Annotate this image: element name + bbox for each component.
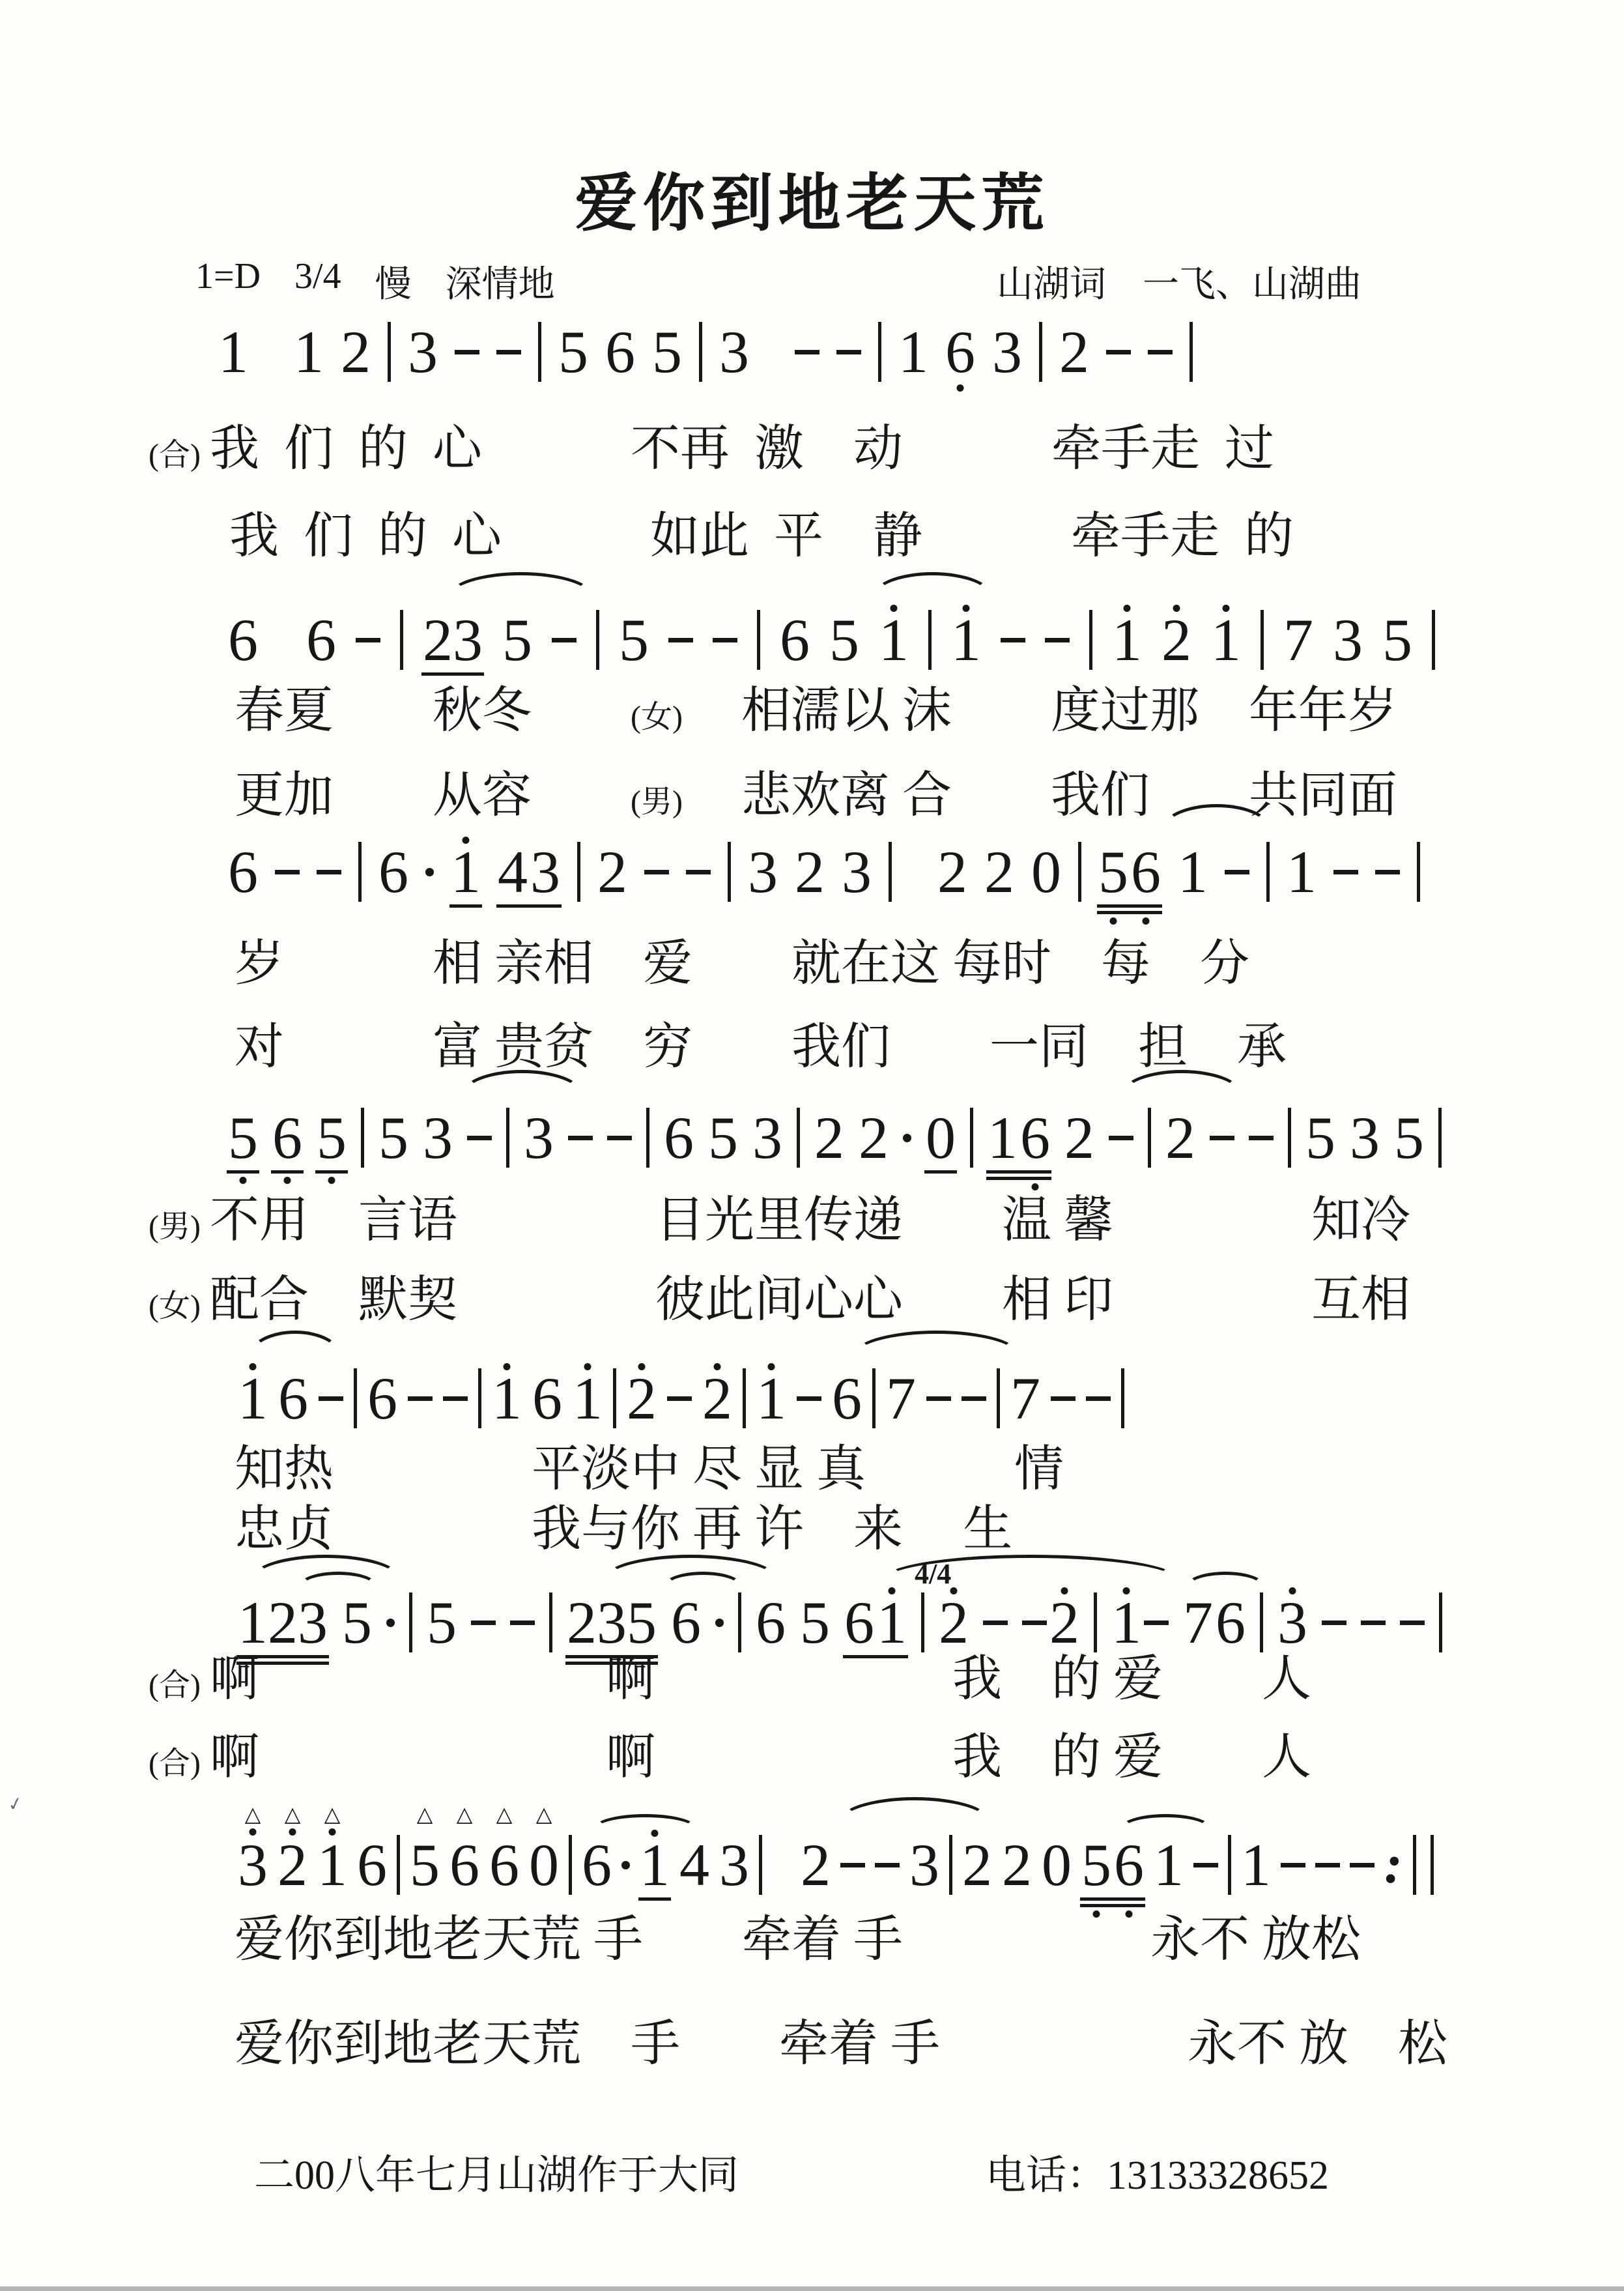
time-signature: 3/4 bbox=[294, 255, 341, 308]
note-digit: 2 bbox=[341, 322, 371, 382]
barline bbox=[613, 1368, 616, 1428]
dash-extension bbox=[1350, 1863, 1375, 1867]
note: 6△ bbox=[449, 1835, 479, 1895]
beam-underline bbox=[986, 1170, 1019, 1174]
slur-arc bbox=[447, 572, 595, 623]
note-digit: 3 bbox=[992, 322, 1022, 382]
dash-extension bbox=[1375, 870, 1400, 874]
beam-underline bbox=[315, 1170, 348, 1174]
note-digit: 0 bbox=[1042, 1835, 1072, 1895]
note-digit: 6 bbox=[367, 1368, 397, 1428]
accent-triangle-icon: △ bbox=[417, 1804, 433, 1824]
note: 3 bbox=[1277, 1592, 1307, 1652]
note: 1 bbox=[1211, 610, 1241, 670]
note-digit: 1 bbox=[1287, 842, 1317, 902]
note: 3 bbox=[719, 322, 749, 382]
lyric-line: 我 们 的 心 如此 平 静 牵手走 的 bbox=[229, 508, 1294, 565]
barline bbox=[1266, 842, 1270, 902]
note-digit: 6 bbox=[272, 1108, 302, 1168]
barline bbox=[397, 1835, 400, 1895]
slur-arc bbox=[1120, 1070, 1244, 1121]
barline bbox=[1121, 1368, 1124, 1428]
barline bbox=[361, 1108, 364, 1168]
octave-dot-above bbox=[289, 1828, 296, 1836]
octave-dot-below bbox=[328, 1177, 335, 1184]
end-repeat-barline: : bbox=[1384, 1835, 1448, 1895]
score-footer: 二00八年七月山湖作于大同 电话：13133328652 bbox=[254, 2142, 1329, 2200]
note: 5 bbox=[427, 1592, 457, 1652]
lyric-line: 春夏 秋冬 (女) 相濡以 沫 度过那 年年岁 bbox=[235, 683, 1397, 740]
beam-underline bbox=[1080, 1904, 1113, 1907]
note: 2 bbox=[627, 1368, 657, 1428]
note-digit: 2 bbox=[795, 842, 825, 902]
note: 6 bbox=[832, 1368, 862, 1428]
octave-dot-above bbox=[504, 1363, 511, 1370]
barline bbox=[1413, 1835, 1416, 1895]
lyric-text: 爱你到地老天荒 手 牵着 手 永不 放 松 bbox=[235, 2017, 1447, 2071]
note-digit: 2 bbox=[1059, 322, 1089, 382]
beam-underline bbox=[986, 1177, 1019, 1180]
note-digit: 7 bbox=[1183, 1592, 1213, 1652]
dash-extension bbox=[797, 1396, 821, 1401]
note: 23 bbox=[423, 610, 483, 670]
lyric-line: (合)我 们 的 心 不再 激 动 牵手走 过 bbox=[149, 421, 1274, 478]
lyric-text: 悲欢离 合 我们 共同面 bbox=[692, 768, 1397, 823]
dash-extension bbox=[1106, 350, 1131, 354]
note-digit: 1 bbox=[317, 1835, 347, 1895]
dash-extension bbox=[319, 1396, 343, 1401]
dash-extension bbox=[471, 1621, 496, 1625]
dash-extension bbox=[510, 1621, 535, 1625]
slur-arc bbox=[872, 572, 994, 623]
note-digit: 5 bbox=[1081, 1835, 1111, 1895]
note-digit: 1 bbox=[756, 1368, 786, 1428]
dash-extension bbox=[1400, 1621, 1425, 1625]
beam-underline bbox=[1130, 911, 1162, 914]
barline bbox=[400, 610, 403, 670]
lyric-line: 爱你到地老天荒 手 牵着 手 永不 放松 bbox=[235, 1912, 1361, 1968]
barline bbox=[878, 322, 881, 382]
note-digit: 2 bbox=[814, 1108, 844, 1168]
note: 6 bbox=[945, 322, 975, 382]
octave-dot-above bbox=[1124, 605, 1131, 612]
voice-tag: (女) bbox=[631, 700, 683, 734]
lyric-line: (男)不用 言语 目光里传递 温 馨 知冷 bbox=[149, 1192, 1410, 1249]
note-digit: 1 bbox=[877, 1592, 907, 1652]
note: 6 bbox=[532, 1368, 562, 1428]
dash-extension bbox=[1148, 350, 1173, 354]
slur-arc bbox=[881, 1555, 1180, 1606]
note-digit: 3 bbox=[1277, 1592, 1307, 1652]
slur-arc bbox=[461, 1070, 584, 1121]
note: 3 bbox=[748, 842, 778, 902]
note: 2 bbox=[859, 1108, 889, 1168]
barline bbox=[1089, 610, 1092, 670]
voice-tag: (合) bbox=[149, 1746, 201, 1781]
note-digit: 5 bbox=[317, 1108, 347, 1168]
note: 5 bbox=[800, 1592, 830, 1652]
dash-extension bbox=[962, 1396, 986, 1401]
note: 3 bbox=[752, 1108, 782, 1168]
note-digit: 0 bbox=[926, 1108, 956, 1168]
lyric-line: (女)配合 默契 彼此间心心 相 印 互相 bbox=[149, 1272, 1410, 1329]
barline bbox=[1228, 1835, 1231, 1895]
dash-extension bbox=[983, 1621, 1008, 1625]
lyric-text: 对 富 贵贫 穷 我们 一同 担 承 bbox=[235, 1020, 1287, 1074]
note: 5 bbox=[558, 322, 588, 382]
note-digit: 3 bbox=[719, 1835, 749, 1895]
note: 6 bbox=[844, 1592, 874, 1652]
octave-dot-below bbox=[1110, 917, 1117, 925]
note: 2△ bbox=[278, 1835, 307, 1895]
note: 2 bbox=[814, 1108, 844, 1168]
lyric-text: 岁 相 亲相 爱 就在这 每时 每 分 bbox=[235, 936, 1249, 991]
note-digit: 6 bbox=[357, 1835, 387, 1895]
lyric-text: 我 们 的 心 如此 平 静 牵手走 的 bbox=[229, 509, 1294, 564]
notation-line: 166161221677 bbox=[238, 1364, 1316, 1432]
score-header: 1=D3/4慢深情地 山湖词 一飞、山湖曲 bbox=[195, 255, 1361, 308]
note-digit: 5 bbox=[619, 610, 649, 670]
note-digit: 2 bbox=[627, 1368, 657, 1428]
dash-extension bbox=[644, 870, 669, 874]
note: 1 bbox=[756, 1368, 786, 1428]
accent-triangle-icon: △ bbox=[324, 1804, 341, 1824]
slur-arc bbox=[1161, 804, 1272, 855]
beam-underline bbox=[1113, 1897, 1145, 1901]
beam-underline bbox=[1019, 1177, 1051, 1180]
octave-dot-above bbox=[1289, 1587, 1296, 1594]
note: 3 bbox=[992, 322, 1022, 382]
dash-extension bbox=[1361, 1621, 1386, 1625]
barline bbox=[1288, 1108, 1291, 1168]
barline bbox=[1438, 1108, 1442, 1168]
dotted-note-dot bbox=[425, 868, 434, 876]
repeat-colon: : bbox=[1384, 1837, 1403, 1892]
octave-dot-above bbox=[584, 1363, 591, 1370]
dash-extension bbox=[667, 1396, 692, 1401]
lyric-text: 更加 从容 bbox=[235, 768, 631, 823]
dash-extension bbox=[926, 1396, 951, 1401]
note-digit: 5 bbox=[652, 322, 682, 382]
note: 6 bbox=[1131, 842, 1161, 902]
barline bbox=[872, 1368, 876, 1428]
note-digit: 6 bbox=[228, 842, 258, 902]
barline bbox=[549, 1592, 552, 1652]
composer-credit: 山湖词 一飞、山湖曲 bbox=[997, 255, 1361, 308]
barline bbox=[409, 1592, 412, 1652]
barline bbox=[797, 1108, 800, 1168]
notation-line: 3△2△1△65△6△6△0△6143232205611: bbox=[238, 1831, 1462, 1899]
dash-extension bbox=[1225, 870, 1249, 874]
dash-extension bbox=[1281, 1863, 1305, 1867]
barline bbox=[1439, 1592, 1442, 1652]
song-title: 爱你到地老天荒 bbox=[0, 154, 1624, 243]
slur-arc bbox=[298, 1572, 378, 1602]
note: 2 bbox=[937, 842, 967, 902]
note: 6△ bbox=[489, 1835, 519, 1895]
note: 5 bbox=[652, 322, 682, 382]
note: 5 bbox=[1394, 1108, 1424, 1168]
note-digit: 4 bbox=[679, 1835, 709, 1895]
lyric-text: 啊 啊 我 的 爱 人 bbox=[210, 1730, 1311, 1785]
note: 3 bbox=[408, 322, 438, 382]
dash-extension bbox=[275, 870, 300, 874]
note: 6 bbox=[367, 1368, 397, 1428]
dash-extension bbox=[496, 350, 521, 354]
octave-dot-below bbox=[1143, 917, 1150, 925]
note-digit: 5 bbox=[1305, 1108, 1335, 1168]
note-digit: 3 bbox=[423, 1108, 453, 1168]
note-digit: 7 bbox=[1010, 1368, 1040, 1428]
note-digit: 3 bbox=[1333, 610, 1363, 670]
note: 1 bbox=[1287, 842, 1317, 902]
barline bbox=[743, 1368, 746, 1428]
dash-extension bbox=[1001, 638, 1025, 642]
beam-underline bbox=[271, 1170, 304, 1174]
notation-line: 5655336532201622535 bbox=[228, 1104, 1521, 1172]
dotted-note-dot bbox=[903, 1134, 911, 1142]
note: 7 bbox=[1283, 610, 1313, 670]
note-digit: 2 bbox=[1161, 610, 1191, 670]
pencil-tick-artifact: ✓ bbox=[6, 1792, 25, 1817]
note-digit: 5 bbox=[829, 610, 859, 670]
slur-arc bbox=[593, 1814, 697, 1844]
expression-marking: 深情地 bbox=[446, 255, 555, 308]
note: 2 bbox=[1161, 610, 1191, 670]
beam-underline bbox=[529, 904, 562, 908]
dash-extension bbox=[317, 870, 341, 874]
beam-underline bbox=[421, 672, 484, 676]
note-digit: 1 bbox=[1211, 610, 1241, 670]
dash-extension bbox=[467, 1136, 492, 1140]
barline bbox=[577, 842, 580, 902]
note-digit: 6 bbox=[489, 1835, 519, 1895]
note: 1 bbox=[238, 1368, 268, 1428]
note: 6 bbox=[378, 842, 408, 902]
note-digit: 2 bbox=[1002, 1835, 1032, 1895]
lyric-text: 不用 言语 目光里传递 温 馨 知冷 bbox=[210, 1193, 1410, 1248]
note-digit: 1 bbox=[898, 322, 928, 382]
dash-extension bbox=[568, 1136, 593, 1140]
note-digit: 6 bbox=[378, 842, 408, 902]
note: 1 bbox=[1112, 610, 1142, 670]
beam-underline bbox=[1097, 911, 1130, 914]
lyric-text: 爱你到地老天荒 手 牵着 手 永不 放松 bbox=[235, 1912, 1361, 1967]
barline bbox=[759, 1835, 762, 1895]
note: 6 bbox=[357, 1835, 387, 1895]
note: 5 bbox=[829, 610, 859, 670]
note: 0 bbox=[926, 1108, 956, 1168]
beam-underline bbox=[227, 1170, 259, 1174]
slur-arc bbox=[1120, 1814, 1212, 1844]
barline bbox=[1261, 610, 1264, 670]
note-digit: 3 bbox=[842, 842, 872, 902]
note-digit: 2 bbox=[801, 1835, 831, 1895]
octave-dot-above bbox=[638, 1363, 646, 1370]
note-digit: 5 bbox=[427, 1592, 457, 1652]
dash-extension bbox=[1109, 1136, 1133, 1140]
note-digit: 5 bbox=[1098, 842, 1128, 902]
dash-extension bbox=[455, 350, 479, 354]
barline bbox=[478, 1368, 481, 1428]
beam-underline bbox=[638, 1897, 671, 1901]
beam-underline bbox=[496, 904, 529, 908]
dash-extension bbox=[1193, 1863, 1218, 1867]
dash-extension bbox=[795, 350, 819, 354]
dotted-note-dot bbox=[621, 1861, 630, 1869]
barline bbox=[1431, 1835, 1434, 1895]
tempo-marking: 慢 bbox=[375, 255, 412, 308]
note: 3 bbox=[842, 842, 872, 902]
note: 1 bbox=[218, 322, 248, 382]
note-digit: 6 bbox=[780, 610, 810, 670]
beam-underline bbox=[924, 1170, 957, 1174]
beam-underline bbox=[1097, 904, 1130, 908]
barline bbox=[354, 1368, 357, 1428]
note: 6 bbox=[272, 1108, 302, 1168]
note: 7 bbox=[1183, 1592, 1213, 1652]
note-digit: 3 bbox=[408, 322, 438, 382]
note: 1 bbox=[294, 322, 324, 382]
note-digit: 6 bbox=[605, 322, 635, 382]
note-digit: 6 bbox=[449, 1835, 479, 1895]
accent-triangle-icon: △ bbox=[496, 1804, 513, 1824]
note: 6 bbox=[228, 610, 258, 670]
note-digit: 6 bbox=[832, 1368, 862, 1428]
dash-extension bbox=[840, 1863, 865, 1867]
note: 5 bbox=[1081, 1835, 1111, 1895]
lyric-line: (合)啊 啊 我 的 爱 人 bbox=[149, 1729, 1311, 1786]
slur-arc bbox=[249, 1331, 341, 1381]
dash-extension bbox=[1333, 870, 1358, 874]
dash-extension bbox=[443, 1396, 468, 1401]
notation-line: 6623556511121735 bbox=[228, 606, 1515, 674]
note: 1 bbox=[1111, 1592, 1141, 1652]
dash-extension bbox=[836, 350, 861, 354]
note-digit: 3 bbox=[752, 1108, 782, 1168]
note: 2 bbox=[795, 842, 825, 902]
note: 4 bbox=[498, 842, 528, 902]
dash-extension bbox=[552, 638, 577, 642]
note: 6 bbox=[1020, 1108, 1050, 1168]
dash-extension bbox=[1210, 1136, 1234, 1140]
note: 5 bbox=[228, 1108, 258, 1168]
octave-dot-above bbox=[329, 1828, 336, 1836]
note: 6 bbox=[1114, 1835, 1144, 1895]
accent-triangle-icon: △ bbox=[245, 1804, 261, 1824]
notation-line: 6614323232205611 bbox=[228, 838, 1524, 906]
dash-extension bbox=[686, 870, 711, 874]
note-digit: 6 bbox=[1020, 1108, 1050, 1168]
phone-number: 电话：13133328652 bbox=[986, 2142, 1329, 2200]
note-digit: 6 bbox=[664, 1108, 694, 1168]
note-digit: 6 bbox=[756, 1592, 786, 1652]
barline bbox=[569, 1835, 572, 1895]
slur-arc bbox=[1186, 1572, 1265, 1602]
note-digit: 1 bbox=[294, 322, 324, 382]
barline bbox=[728, 842, 731, 902]
lyric-line: 爱你到地老天荒 手 牵着 手 永不 放 松 bbox=[235, 2016, 1447, 2073]
note-digit: 2 bbox=[278, 1835, 307, 1895]
note: 3△ bbox=[238, 1835, 268, 1895]
lyric-line: 知热 平淡中 尽 显 真 情 bbox=[235, 1441, 1064, 1498]
note-digit: 5 bbox=[1382, 610, 1412, 670]
octave-dot-above bbox=[1173, 605, 1180, 612]
beam-underline bbox=[1130, 904, 1162, 908]
note: 2 bbox=[1002, 1835, 1032, 1895]
voice-tag: (合) bbox=[149, 438, 201, 472]
note-digit: 1 bbox=[988, 1108, 1018, 1168]
note-digit: 6 bbox=[844, 1592, 874, 1652]
note-digit: 1 bbox=[218, 322, 248, 382]
note: 2 bbox=[597, 842, 627, 902]
lyric-line: 岁 相 亲相 爱 就在这 每时 每 分 bbox=[235, 936, 1249, 992]
key-signature: 1=D bbox=[195, 255, 261, 308]
barline bbox=[889, 842, 892, 902]
note-digit: 5 bbox=[800, 1592, 830, 1652]
beam-underline bbox=[449, 904, 482, 908]
note-digit: 6 bbox=[228, 610, 258, 670]
accent-triangle-icon: △ bbox=[285, 1804, 301, 1824]
note: 2 bbox=[984, 842, 1014, 902]
note-digit: 5 bbox=[378, 1108, 408, 1168]
dash-extension bbox=[668, 638, 693, 642]
note-digit: 23 bbox=[423, 610, 483, 670]
note: 1 bbox=[988, 1108, 1018, 1168]
note-digit: 5 bbox=[410, 1835, 440, 1895]
barline bbox=[358, 842, 362, 902]
barline bbox=[1432, 610, 1435, 670]
lyric-text: 我 们 的 心 不再 激 动 牵手走 过 bbox=[210, 422, 1274, 476]
barline bbox=[388, 322, 391, 382]
note: 2 bbox=[1059, 322, 1089, 382]
barline bbox=[596, 610, 599, 670]
note: 5 bbox=[619, 610, 649, 670]
note-digit: 1 bbox=[573, 1368, 603, 1428]
note: 5 bbox=[317, 1108, 347, 1168]
octave-dot-above bbox=[1223, 605, 1230, 612]
composition-note: 二00八年七月山湖作于大同 bbox=[254, 2142, 739, 2200]
lyric-line: (合)啊 啊 我 的 爱 人 bbox=[149, 1651, 1311, 1708]
dash-extension bbox=[607, 1136, 632, 1140]
note-digit: 5 bbox=[228, 1108, 258, 1168]
note-digit: 3 bbox=[530, 842, 560, 902]
note: 3 bbox=[719, 1835, 749, 1895]
dash-extension bbox=[1144, 1621, 1169, 1625]
note-digit: 1 bbox=[1111, 1592, 1141, 1652]
note: 3 bbox=[530, 842, 560, 902]
dash-extension bbox=[1045, 638, 1070, 642]
dash-extension bbox=[356, 638, 380, 642]
note-digit: 5 bbox=[558, 322, 588, 382]
note: 3 bbox=[423, 1108, 453, 1168]
octave-dot-below bbox=[284, 1177, 291, 1184]
note-digit: 5 bbox=[708, 1108, 738, 1168]
note: 5△ bbox=[410, 1835, 440, 1895]
barline bbox=[699, 322, 702, 382]
octave-dot-above bbox=[768, 1363, 775, 1370]
octave-dot-above bbox=[463, 837, 470, 844]
note: 5 bbox=[1305, 1108, 1335, 1168]
dotted-note-dot bbox=[715, 1619, 724, 1627]
dash-extension bbox=[713, 638, 737, 642]
scan-edge bbox=[0, 2286, 1624, 2291]
slur-arc bbox=[663, 1572, 743, 1602]
slur-arc bbox=[838, 1797, 991, 1848]
note: 5 bbox=[1382, 610, 1412, 670]
barline bbox=[997, 1368, 1000, 1428]
note-digit: 1 bbox=[238, 1368, 268, 1428]
